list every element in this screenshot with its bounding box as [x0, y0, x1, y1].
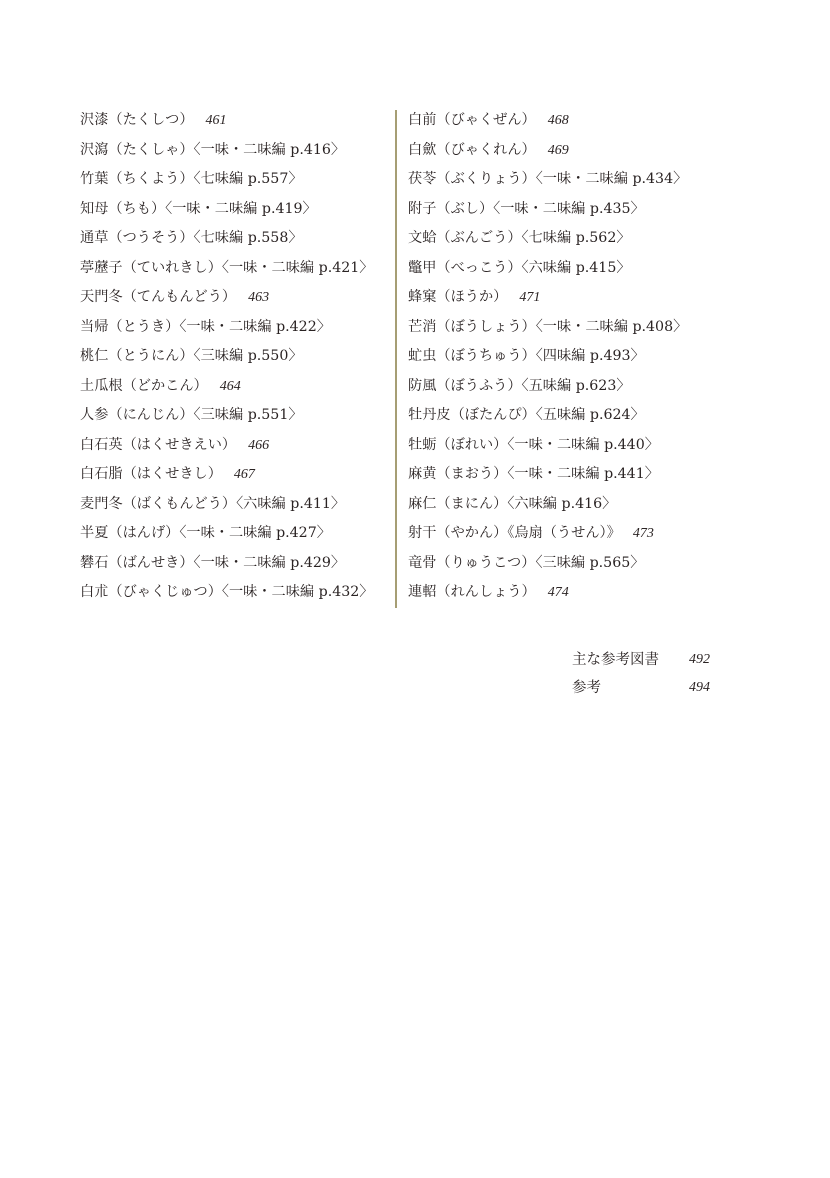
index-entry: 白歛（びゃくれん）469 [408, 136, 728, 166]
entry-name: 茯苓 [408, 171, 436, 187]
index-entry: 当帰（とうき）〈一味・二味編 p.422〉 [80, 313, 390, 343]
entry-reading: （ぼたんぴ） [451, 407, 536, 423]
entry-name: 連軺 [408, 584, 436, 600]
entry-name: 沢漆 [80, 112, 108, 128]
entry-name: 白朮 [80, 584, 108, 600]
entry-name: 当帰 [80, 319, 108, 335]
entry-cross-reference: 〈五味編 p.623〉 [522, 378, 631, 394]
index-entry: 射干（やかん）《烏扇（うせん）》473 [408, 519, 728, 549]
entry-cross-reference: 〈一味・二味編 p.416〉 [194, 142, 346, 158]
entry-cross-reference: 〈六味編 p.416〉 [507, 496, 616, 512]
entry-name: 半夏 [80, 525, 108, 541]
entry-cross-reference: 〈一味・二味編 p.441〉 [507, 466, 659, 482]
entry-reading: （どかこん） [123, 378, 208, 394]
references-section: 主な参考図書 492 参考 494 [572, 646, 722, 702]
entry-name: 蜂窠 [408, 289, 436, 305]
reference-label: 主な参考図書 [572, 652, 659, 668]
index-entry: 牡蛎（ぼれい）〈一味・二味編 p.440〉 [408, 431, 728, 461]
index-entry: 通草（つうそう）〈七味編 p.558〉 [80, 224, 390, 254]
entry-reading: （ぶし） [436, 201, 493, 217]
index-entry: 白朮（びゃくじゅつ）〈一味・二味編 p.432〉 [80, 578, 390, 608]
index-entry: 鼈甲（べっこう）〈六味編 p.415〉 [408, 254, 728, 284]
index-entry: 土瓜根（どかこん）464 [80, 372, 390, 402]
entry-name: 人参 [80, 407, 108, 423]
index-entry: 葶藶子（ていれきし）〈一味・二味編 p.421〉 [80, 254, 390, 284]
entry-cross-reference: 〈一味・二味編 p.427〉 [179, 525, 331, 541]
entry-cross-reference: 〈一味・二味編 p.422〉 [179, 319, 331, 335]
index-entry: 白石英（はくせきえい）466 [80, 431, 390, 461]
index-entry: 礬石（ばんせき）〈一味・二味編 p.429〉 [80, 549, 390, 579]
entry-cross-reference: 〈四味編 p.493〉 [536, 348, 645, 364]
entry-reading: （はくせきし） [123, 466, 222, 482]
entry-name: 知母 [80, 201, 108, 217]
index-entry: 竜骨（りゅうこつ）〈三味編 p.565〉 [408, 549, 728, 579]
entry-page-number: 474 [548, 585, 569, 600]
entry-reading: （ていれきし） [123, 260, 222, 276]
entry-reading: （ぼうちゅう） [436, 348, 535, 364]
index-entry: 防風（ぼうふう）〈五味編 p.623〉 [408, 372, 728, 402]
index-entry: 牡丹皮（ぼたんぴ）〈五味編 p.624〉 [408, 401, 728, 431]
reference-label: 参考 [572, 680, 601, 696]
entry-reading: （ちも） [108, 201, 165, 217]
entry-page-number: 468 [548, 113, 569, 128]
entry-cross-reference: 〈一味・二味編 p.434〉 [536, 171, 688, 187]
index-entry: 芒消（ぼうしょう）〈一味・二味編 p.408〉 [408, 313, 728, 343]
entry-name: 麦門冬 [80, 496, 123, 512]
entry-name: 芒消 [408, 319, 436, 335]
entry-cross-reference: 〈三味編 p.550〉 [194, 348, 303, 364]
entry-page-number: 464 [220, 379, 241, 394]
entry-name: 鼈甲 [408, 260, 436, 276]
index-entry: 天門冬（てんもんどう）463 [80, 283, 390, 313]
entry-cross-reference: 〈五味編 p.624〉 [536, 407, 645, 423]
entry-cross-reference: 〈一味・二味編 p.432〉 [222, 584, 374, 600]
entry-cross-reference: 〈三味編 p.551〉 [194, 407, 303, 423]
entry-cross-reference: 〈三味編 p.565〉 [535, 555, 644, 571]
entry-reading: （てんもんどう） [123, 289, 237, 305]
entry-reading: （ぼれい） [436, 437, 507, 453]
index-entry: 白石脂（はくせきし）467 [80, 460, 390, 490]
entry-name: 竜骨 [408, 555, 436, 571]
entry-cross-reference: 〈六味編 p.415〉 [522, 260, 631, 276]
entry-name: 附子 [408, 201, 436, 217]
reference-page: 492 [689, 646, 710, 674]
index-entry: 麻黄（まおう）〈一味・二味編 p.441〉 [408, 460, 728, 490]
entry-name: 白石英 [80, 437, 123, 453]
entry-reading: （ばくもんどう） [123, 496, 237, 512]
entry-page-number: 467 [234, 467, 255, 482]
entry-page-number: 469 [548, 143, 569, 158]
entry-reading: （びゃくぜん） [436, 112, 535, 128]
entry-reading: （ほうか） [436, 289, 507, 305]
index-entry: 蜂窠（ほうか）471 [408, 283, 728, 313]
entry-reading: （やかん） [436, 525, 507, 541]
index-entry: 半夏（はんげ）〈一味・二味編 p.427〉 [80, 519, 390, 549]
entry-reading: （れんしょう） [436, 584, 535, 600]
entry-reading: （はくせきえい） [123, 437, 237, 453]
index-entry: 附子（ぶし）〈一味・二味編 p.435〉 [408, 195, 728, 225]
index-entry: 桃仁（とうにん）〈三味編 p.550〉 [80, 342, 390, 372]
index-entry: 虻虫（ぼうちゅう）〈四味編 p.493〉 [408, 342, 728, 372]
entry-reading: （びゃくじゅつ） [108, 584, 222, 600]
entry-name: 牡丹皮 [408, 407, 451, 423]
entry-cross-reference: 〈七味編 p.558〉 [194, 230, 303, 246]
entry-page-number: 463 [248, 290, 269, 305]
entry-name: 麻仁 [408, 496, 436, 512]
entry-page-number: 466 [248, 438, 269, 453]
index-entry: 竹葉（ちくよう）〈七味編 p.557〉 [80, 165, 390, 195]
index-column-left: 沢漆（たくしつ）461沢瀉（たくしゃ）〈一味・二味編 p.416〉竹葉（ちくよう… [80, 106, 390, 608]
index-entry: 茯苓（ぶくりょう）〈一味・二味編 p.434〉 [408, 165, 728, 195]
entry-reading: （とうにん） [108, 348, 193, 364]
index-entry: 白前（びゃくぜん）468 [408, 106, 728, 136]
entry-name: 竹葉 [80, 171, 108, 187]
reference-row-reference: 参考 494 [572, 674, 722, 702]
entry-name: 文蛤 [408, 230, 436, 246]
entry-reading: （にんじん） [108, 407, 193, 423]
entry-reading: （ぼうしょう） [436, 319, 535, 335]
reference-page: 494 [689, 674, 710, 702]
entry-cross-reference: 〈七味編 p.562〉 [522, 230, 631, 246]
entry-reading: （びゃくれん） [436, 142, 535, 158]
entry-name: 桃仁 [80, 348, 108, 364]
entry-name: 通草 [80, 230, 108, 246]
entry-name: 白歛 [408, 142, 436, 158]
entry-reading: （まにん） [436, 496, 507, 512]
column-divider [395, 110, 397, 608]
entry-reading: （たくしつ） [108, 112, 193, 128]
entry-name: 土瓜根 [80, 378, 123, 394]
entry-page-number: 461 [206, 113, 227, 128]
index-entry: 連軺（れんしょう）474 [408, 578, 728, 608]
entry-cross-reference: 〈一味・二味編 p.408〉 [536, 319, 688, 335]
entry-cross-reference: 〈七味編 p.557〉 [194, 171, 303, 187]
entry-cross-reference: 〈一味・二味編 p.419〉 [165, 201, 317, 217]
entry-reading: （ばんせき） [108, 555, 193, 571]
index-entry: 文蛤（ぶんごう）〈七味編 p.562〉 [408, 224, 728, 254]
entry-reading: （はんげ） [108, 525, 179, 541]
entry-reading: （りゅうこつ） [436, 555, 535, 571]
entry-name: 礬石 [80, 555, 108, 571]
entry-name: 射干 [408, 525, 436, 541]
entry-reading: （まおう） [436, 466, 507, 482]
index-entry: 沢漆（たくしつ）461 [80, 106, 390, 136]
entry-page-number: 473 [633, 526, 654, 541]
index-entry: 沢瀉（たくしゃ）〈一味・二味編 p.416〉 [80, 136, 390, 166]
entry-name: 牡蛎 [408, 437, 436, 453]
entry-name: 葶藶子 [80, 260, 123, 276]
index-entry: 知母（ちも）〈一味・二味編 p.419〉 [80, 195, 390, 225]
entry-name: 防風 [408, 378, 436, 394]
entry-name: 天門冬 [80, 289, 123, 305]
entry-name: 白前 [408, 112, 436, 128]
entry-page-number: 471 [519, 290, 540, 305]
entry-cross-reference: 《烏扇（うせん）》 [507, 525, 621, 541]
index-entry: 人参（にんじん）〈三味編 p.551〉 [80, 401, 390, 431]
entry-cross-reference: 〈一味・二味編 p.435〉 [493, 201, 645, 217]
index-entry: 麻仁（まにん）〈六味編 p.416〉 [408, 490, 728, 520]
entry-cross-reference: 〈六味編 p.411〉 [236, 496, 345, 512]
entry-reading: （ぼうふう） [436, 378, 521, 394]
entry-reading: （たくしゃ） [108, 142, 193, 158]
entry-name: 白石脂 [80, 466, 123, 482]
entry-cross-reference: 〈一味・二味編 p.429〉 [194, 555, 346, 571]
entry-reading: （ちくよう） [108, 171, 193, 187]
entry-cross-reference: 〈一味・二味編 p.421〉 [222, 260, 374, 276]
entry-cross-reference: 〈一味・二味編 p.440〉 [507, 437, 659, 453]
entry-name: 麻黄 [408, 466, 436, 482]
index-column-right: 白前（びゃくぜん）468白歛（びゃくれん）469茯苓（ぶくりょう）〈一味・二味編… [408, 106, 728, 608]
entry-reading: （ぶくりょう） [436, 171, 535, 187]
entry-reading: （とうき） [108, 319, 179, 335]
index-entry: 麦門冬（ばくもんどう）〈六味編 p.411〉 [80, 490, 390, 520]
entry-reading: （つうそう） [108, 230, 193, 246]
reference-row-main-books: 主な参考図書 492 [572, 646, 722, 674]
entry-name: 沢瀉 [80, 142, 108, 158]
entry-reading: （ぶんごう） [436, 230, 521, 246]
entry-name: 虻虫 [408, 348, 436, 364]
entry-reading: （べっこう） [436, 260, 521, 276]
